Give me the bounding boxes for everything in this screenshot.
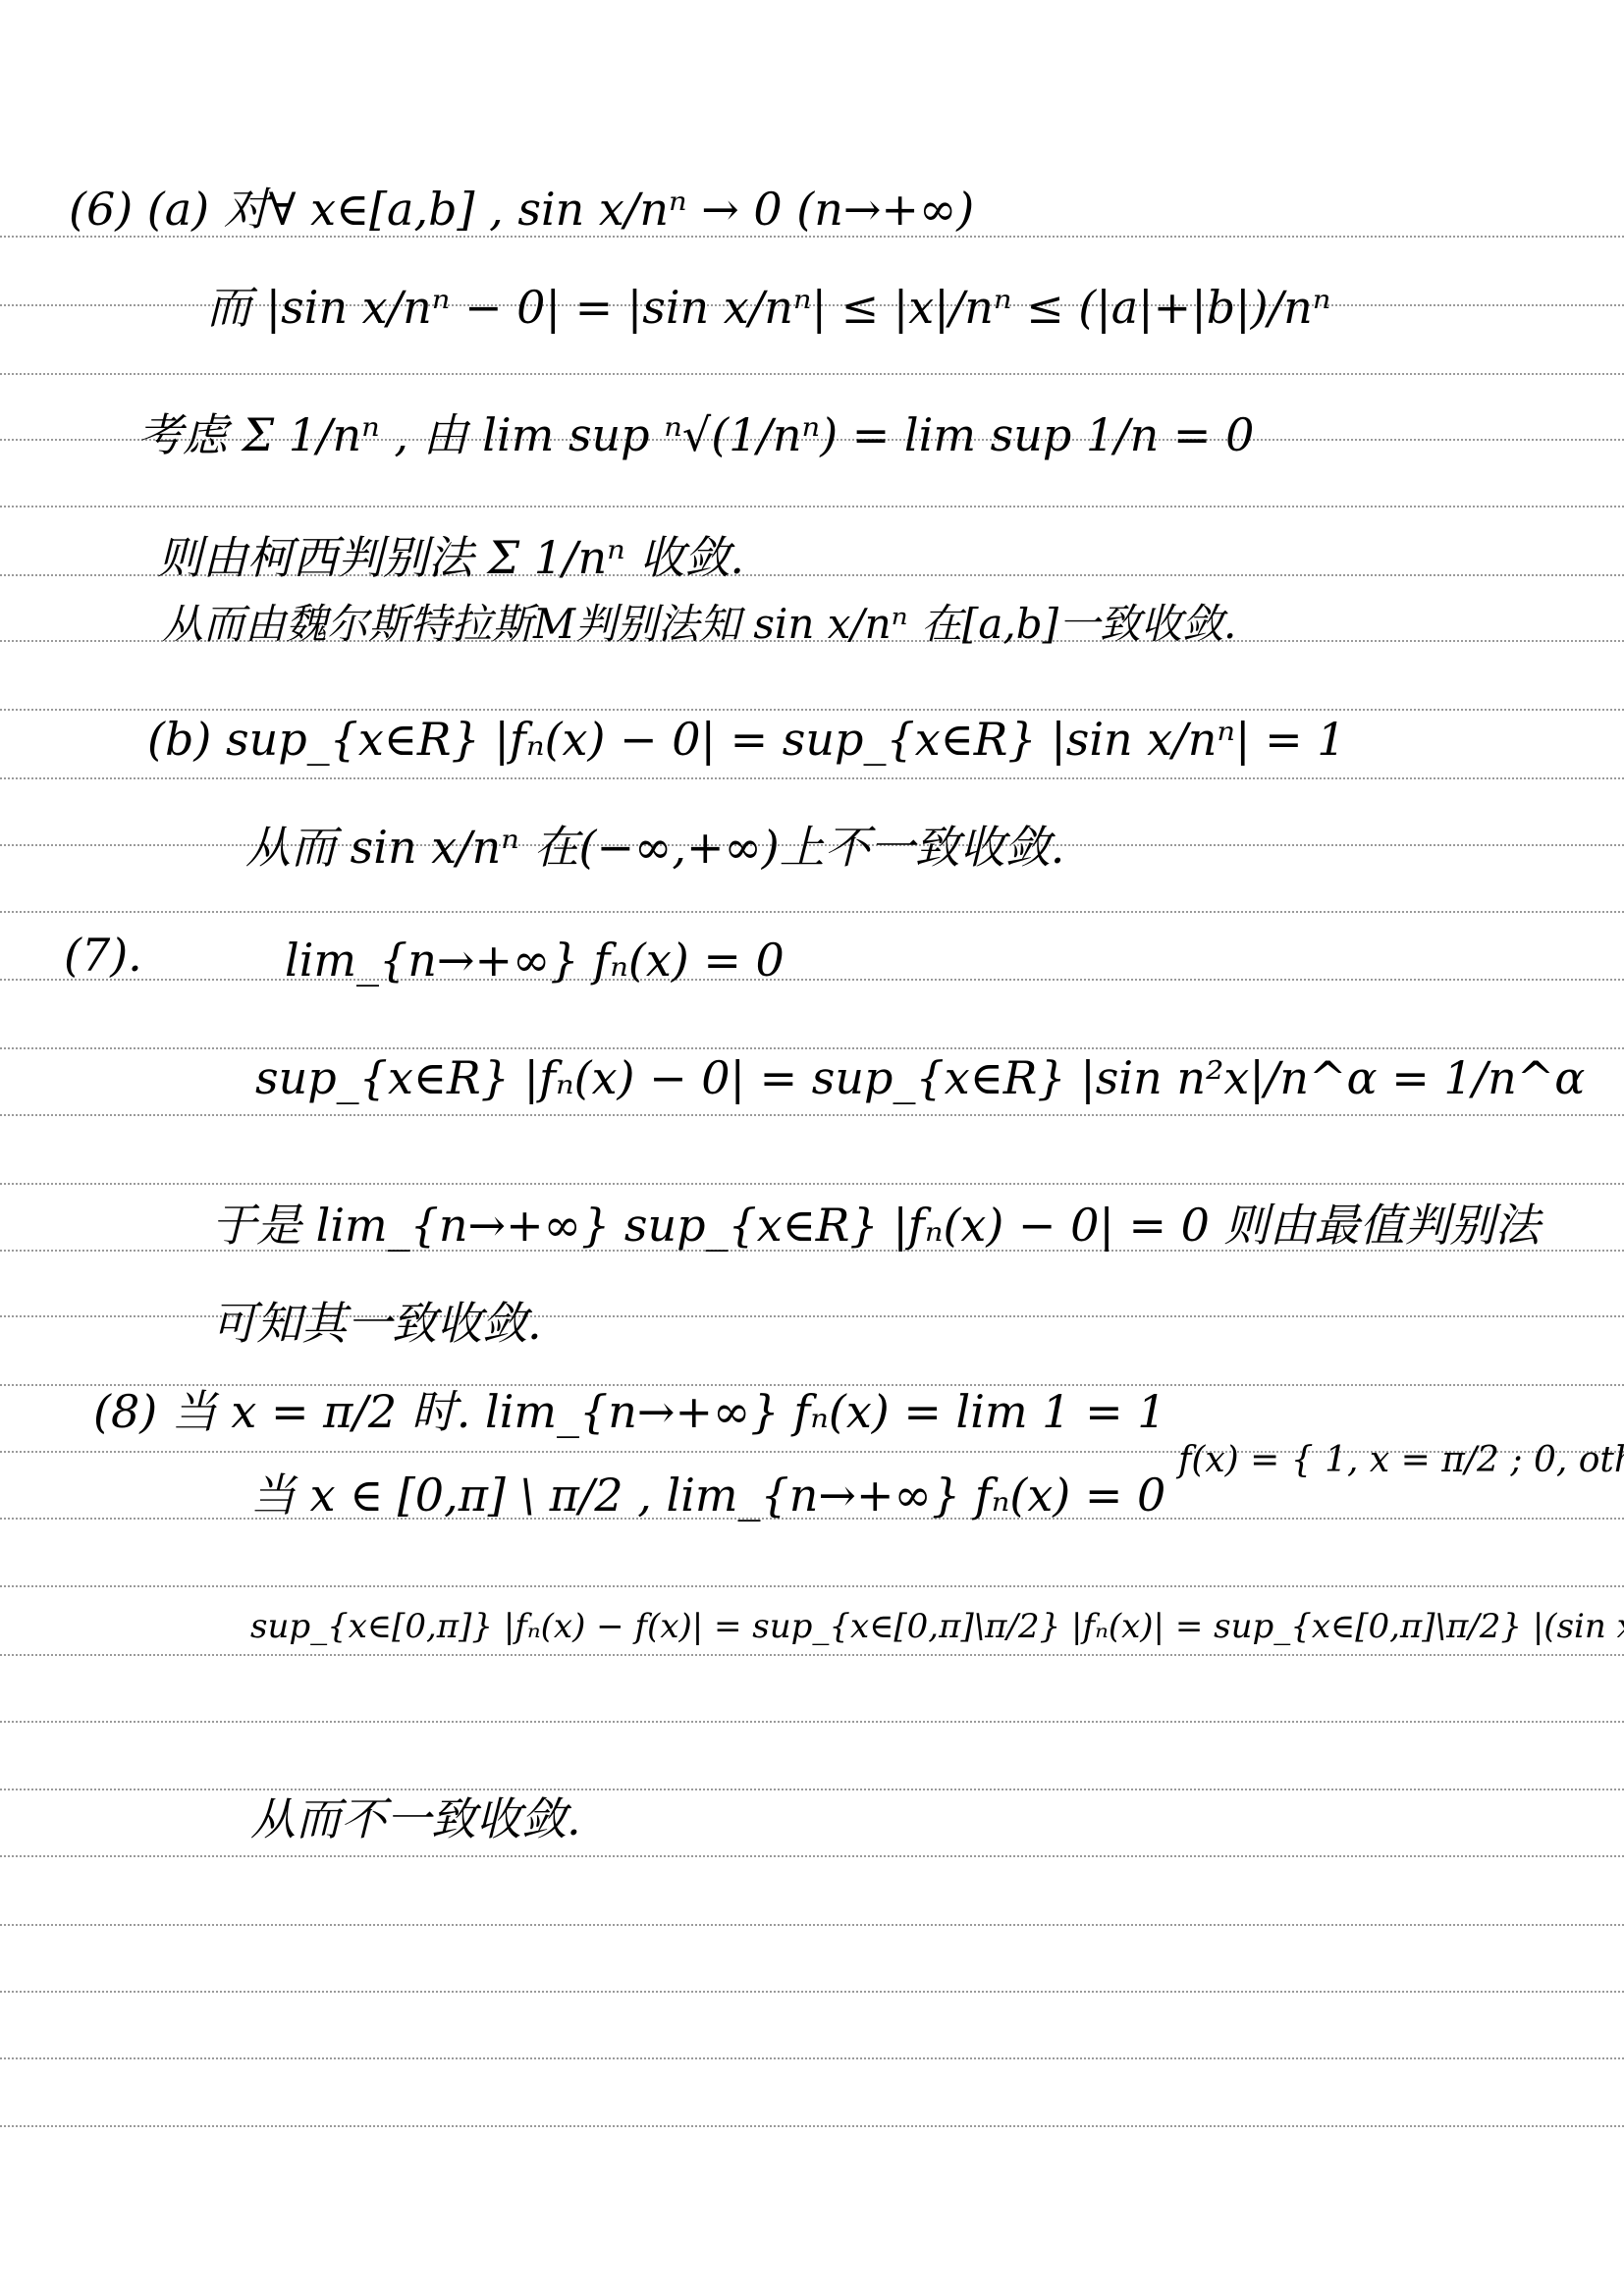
ruled-line: [0, 1114, 1624, 1116]
ruled-line: [0, 1585, 1624, 1587]
ruled-line: [0, 979, 1624, 981]
ruled-line: [0, 373, 1624, 375]
problem-7-conclusion: 可知其一致收敛.: [211, 1301, 542, 1346]
ruled-line: [0, 1855, 1624, 1857]
problem-6b-conclusion: 从而 sin x/nⁿ 在(−∞,+∞)上不一致收敛.: [245, 825, 1064, 870]
problem-7-therefore: 于是 lim_{n→+∞} sup_{x∈R} |fₙ(x) − 0| = 0 …: [211, 1202, 1541, 1248]
problem-8-case-pi-half: (8) 当 x = π/2 时. lim_{n→+∞} fₙ(x) = lim …: [93, 1389, 1166, 1434]
problem-6b-sup: (b) sup_{x∈R} |fₙ(x) − 0| = sup_{x∈R} |s…: [147, 717, 1346, 762]
problem-8-conclusion: 从而不一致收敛.: [250, 1796, 581, 1842]
ruled-line: [0, 1654, 1624, 1656]
problem-6a-statement: (6) (a) 对∀ x∈[a,b] , sin x/nⁿ → 0 (n→+∞): [69, 187, 974, 232]
ruled-line: [0, 506, 1624, 507]
ruled-line: [0, 2125, 1624, 2127]
problem-8-limit-function: f(x) = { 1, x = π/2 ; 0, otherwise.: [1178, 1443, 1624, 1478]
ruled-line: [0, 1991, 1624, 1993]
problem-6a-weierstrass-conclusion: 从而由魏尔斯特拉斯M判别法知 sin x/nⁿ 在[a,b]一致收敛.: [162, 604, 1236, 645]
ruled-line: [0, 709, 1624, 711]
problem-6a-consider-series: 考虑 Σ 1/nⁿ , 由 lim sup ⁿ√(1/nⁿ) = lim sup…: [137, 412, 1254, 457]
problem-6a-cauchy-test: 则由柯西判别法 Σ 1/nⁿ 收敛.: [157, 535, 744, 580]
ruled-line: [0, 236, 1624, 238]
ruled-line: [0, 1721, 1624, 1723]
problem-8-sup: sup_{x∈[0,π]} |fₙ(x) − f(x)| = sup_{x∈[0…: [250, 1610, 1624, 1643]
problem-7-label: (7).: [64, 933, 142, 978]
ruled-line: [0, 1183, 1624, 1185]
ruled-line: [0, 2057, 1624, 2059]
ruled-line: [0, 1924, 1624, 1926]
ruled-line: [0, 777, 1624, 779]
ruled-line: [0, 911, 1624, 913]
ruled-line: [0, 1789, 1624, 1790]
problem-7-sup: sup_{x∈R} |fₙ(x) − 0| = sup_{x∈R} |sin n…: [255, 1055, 1585, 1100]
problem-7-limit: lim_{n→+∞} fₙ(x) = 0: [285, 937, 785, 983]
problem-6a-bound: 而 |sin x/nⁿ − 0| = |sin x/nⁿ| ≤ |x|/nⁿ ≤…: [206, 285, 1330, 330]
ruled-line: [0, 1047, 1624, 1049]
problem-8-case-otherwise: 当 x ∈ [0,π] \ π/2 , lim_{n→+∞} fₙ(x) = 0: [250, 1472, 1165, 1518]
